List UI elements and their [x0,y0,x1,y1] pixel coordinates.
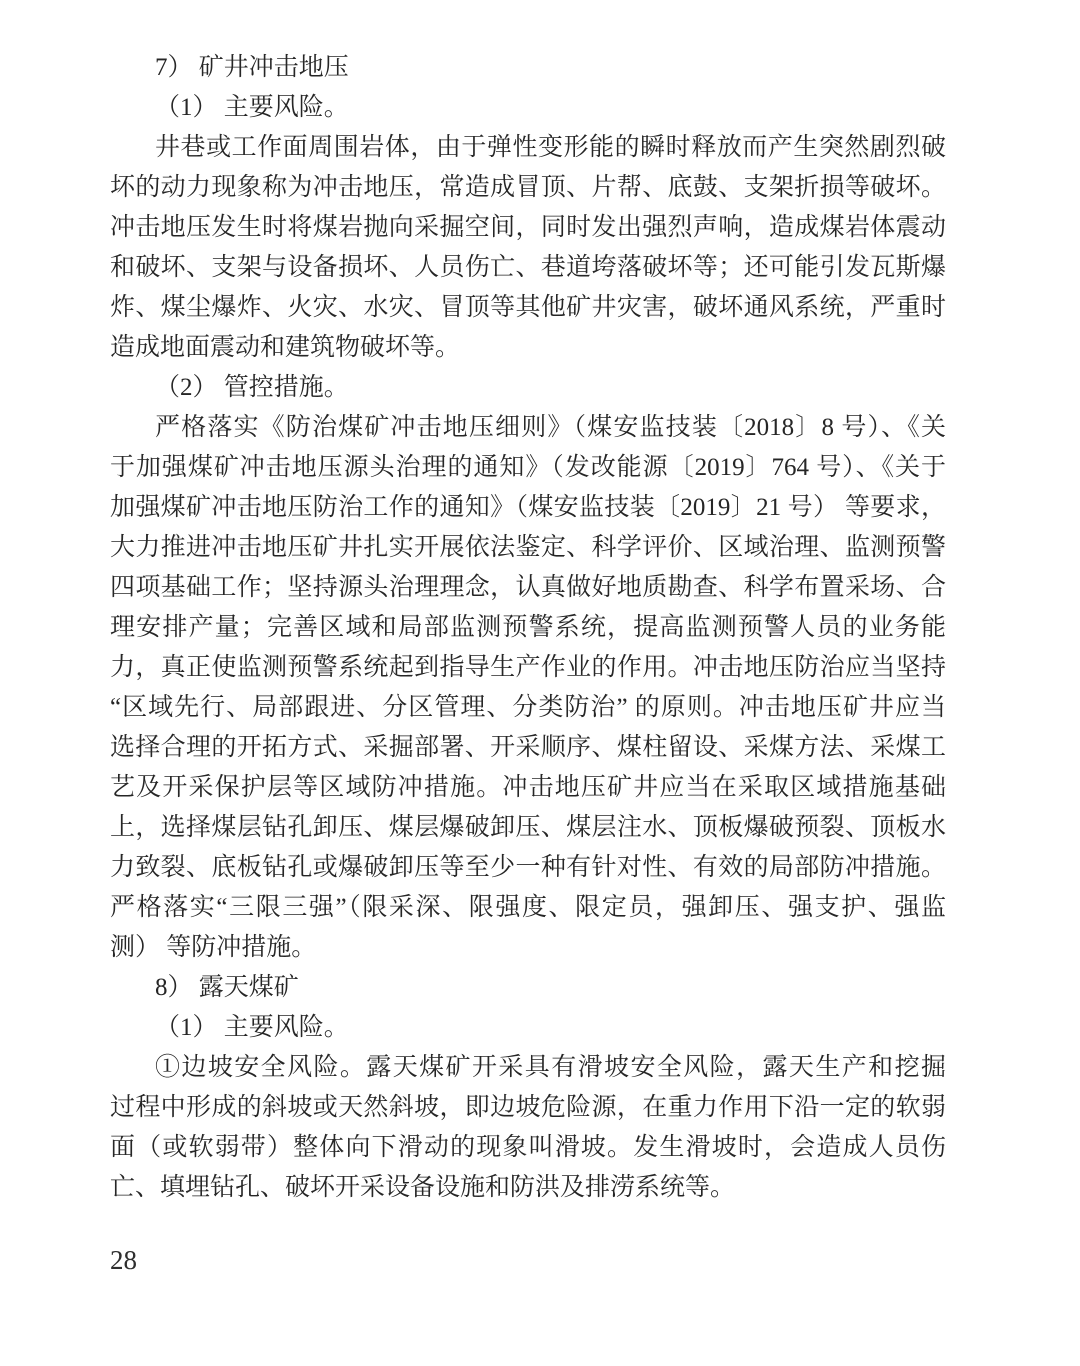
text-line: （2） 管控措施。 [110,368,946,408]
text-line: 四项基础工作；坚持源头治理理念，认真做好地质勘查、科学布置采场、合 [110,568,946,608]
text-line: 严格落实“三限三强”（限采深、限强度、限定员，强卸压、强支护、强监 [110,888,946,928]
text-line: 大力推进冲击地压矿井扎实开展依法鉴定、科学评价、区域治理、监测预警 [110,528,946,568]
text-line: 坏的动力现象称为冲击地压，常造成冒顶、片帮、底鼓、支架折损等破坏。 [110,168,946,208]
text-line: 于加强煤矿冲击地压源头治理的通知》（发改能源〔2019〕764 号）、《关于 [110,448,946,488]
text-line: 上，选择煤层钻孔卸压、煤层爆破卸压、煤层注水、顶板爆破预裂、顶板水 [110,808,946,848]
text-line: 艺及开采保护层等区域防冲措施。冲击地压矿井应当在采取区域措施基础 [110,768,946,808]
text-line: 和破坏、支架与设备损坏、人员伤亡、巷道垮落破坏等；还可能引发瓦斯爆 [110,248,946,288]
text-line: 8） 露天煤矿 [110,968,946,1008]
page-number: 28 [110,1240,137,1280]
text-line: 测） 等防冲措施。 [110,928,946,968]
text-line: 冲击地压发生时将煤岩抛向采掘空间，同时发出强烈声响，造成煤岩体震动 [110,208,946,248]
text-line: 加强煤矿冲击地压防治工作的通知》（煤安监技装〔2019〕21 号） 等要求， [110,488,946,528]
text-line: 力致裂、底板钻孔或爆破卸压等至少一种有针对性、有效的局部防冲措施。 [110,848,946,888]
text-line: 过程中形成的斜坡或天然斜坡，即边坡危险源，在重力作用下沿一定的软弱 [110,1088,946,1128]
text-line: 理安排产量；完善区域和局部监测预警系统，提高监测预警人员的业务能 [110,608,946,648]
text-line: 严格落实《防治煤矿冲击地压细则》（煤安监技装〔2018〕8 号）、《关 [110,408,946,448]
text-line: ①边坡安全风险。露天煤矿开采具有滑坡安全风险，露天生产和挖掘 [110,1048,946,1088]
text-line: 造成地面震动和建筑物破坏等。 [110,328,946,368]
text-line: “区域先行、局部跟进、分区管理、分类防治” 的原则。冲击地压矿井应当 [110,688,946,728]
text-line: （1） 主要风险。 [110,88,946,128]
document-page: 7） 矿井冲击地压（1） 主要风险。井巷或工作面周围岩体，由于弹性变形能的瞬时释… [0,0,1080,1366]
text-line: 亡、填埋钻孔、破坏开采设备设施和防洪及排涝系统等。 [110,1168,946,1208]
text-line: 面（或软弱带）整体向下滑动的现象叫滑坡。发生滑坡时，会造成人员伤 [110,1128,946,1168]
text-line: 力，真正使监测预警系统起到指导生产作业的作用。冲击地压防治应当坚持 [110,648,946,688]
text-line: 井巷或工作面周围岩体，由于弹性变形能的瞬时释放而产生突然剧烈破 [110,128,946,168]
text-line: （1） 主要风险。 [110,1008,946,1048]
body-text: 7） 矿井冲击地压（1） 主要风险。井巷或工作面周围岩体，由于弹性变形能的瞬时释… [110,48,946,1208]
text-line: 选择合理的开拓方式、采掘部署、开采顺序、煤柱留设、采煤方法、采煤工 [110,728,946,768]
text-line: 炸、煤尘爆炸、火灾、水灾、冒顶等其他矿井灾害，破坏通风系统，严重时 [110,288,946,328]
text-line: 7） 矿井冲击地压 [110,48,946,88]
